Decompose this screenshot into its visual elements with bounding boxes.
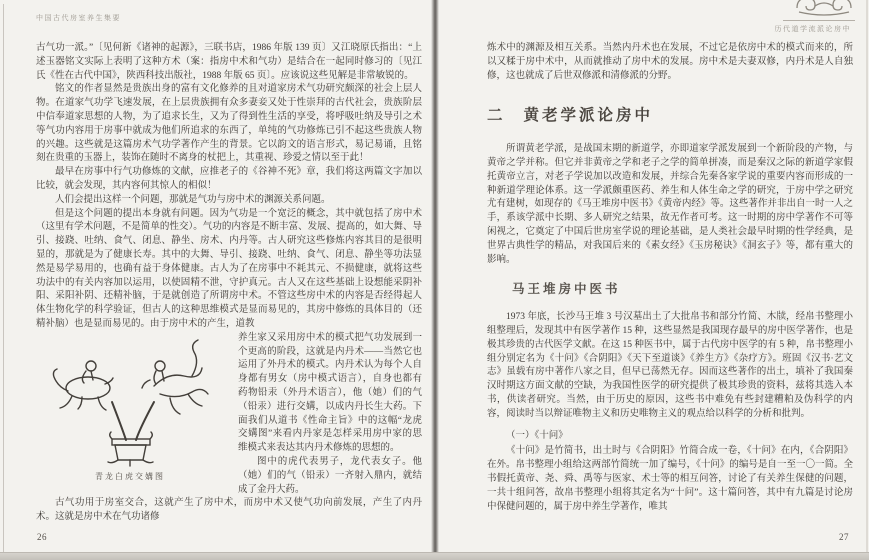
paragraph: 但是这个问题的提出本身就有问题。因为气功是一个宽泛的概念，其中就包括了房中术（这… [36,208,422,332]
subsection-heading: 马王堆房中医书 [512,283,853,297]
right-running-head: 历代道学流派论房中 [775,24,852,34]
cloud-scroll-ornament-icon [793,0,855,18]
paragraph: 所谓黄老学派，是战国末期的新道学，亦即道家学派发展到一个新阶段的产物，与黄帝之学… [487,143,853,267]
right-page: 历代道学流派论房中 炼术中的渊源及相互关系。当然内丹术也在发展，不过它是依房中术… [439,0,869,552]
paragraph: 人们会提出这样一个问题，那就是气功与房中术的渊源关系问题。 [36,194,422,208]
left-page-number: 26 [37,532,47,542]
item-heading: （一）《十问》 [487,430,853,444]
figure-caption: 青龙白虎交媾图 [36,470,224,484]
paragraph: 铭文的作者显然是贵族出身的富有文化修养的且对道家房术气功研究颇深的社会上层人物。… [36,83,422,166]
paragraph: 古气功一派。”〔见何新《诸神的起源》，三联书店，1986 年版 139 页〕又江… [36,42,422,83]
section-title: 黄老学派论房中 [524,107,654,124]
left-page: 中国古代房室养生集要 古气功一派。”〔见何新《诸神的起源》，三联书店，1986 … [0,0,431,552]
right-page-body: 炼术中的渊源及相互关系。当然内丹术也在发展，不过它是依房中术的模式而来的，所以又… [487,42,853,514]
page-edge-left [3,4,4,552]
paragraph: 1973 年底，长沙马王堆 3 号汉墓出土了大批帛书和部分竹简、木牍，经帛书整理… [487,311,853,421]
page-edge-bottom [0,552,869,560]
dragon-tiger-illustration [42,336,218,468]
running-head-rule [783,20,855,21]
left-running-head: 中国古代房室养生集要 [36,13,121,23]
section-heading: 二黄老学派论房中 [487,109,853,123]
dragon-tiger-figure: 青龙白虎交媾图 [36,336,224,488]
page-edge-right [866,0,868,560]
paragraph: 古气功用于房室交合，这就产生了房中术，而房中术又使气功向前发展，产生了内丹术。这… [36,497,422,525]
right-page-number: 27 [839,532,849,542]
paragraph: 《十问》是竹简书，出土时与《合阴阳》竹简合成一卷，《十问》在内，《合阴阳》在外。… [487,445,853,514]
section-number: 二 [487,107,506,124]
left-page-body: 古气功一派。”〔见何新《诸神的起源》，三联书店，1986 年版 139 页〕又江… [36,42,422,525]
paragraph: 最早在房事中行气功修炼的文献，应推老子的《谷神不死》章，我们将这两篇文字加以比较… [36,166,422,194]
book-spread: 中国古代房室养生集要 古气功一派。”〔见何新《诸神的起源》，三联书店，1986 … [0,0,869,560]
binding-gutter-shadow [431,0,439,552]
paragraph: 炼术中的渊源及相互关系。当然内丹术也在发展，不过它是依房中术的模式而来的，所以又… [487,42,853,83]
